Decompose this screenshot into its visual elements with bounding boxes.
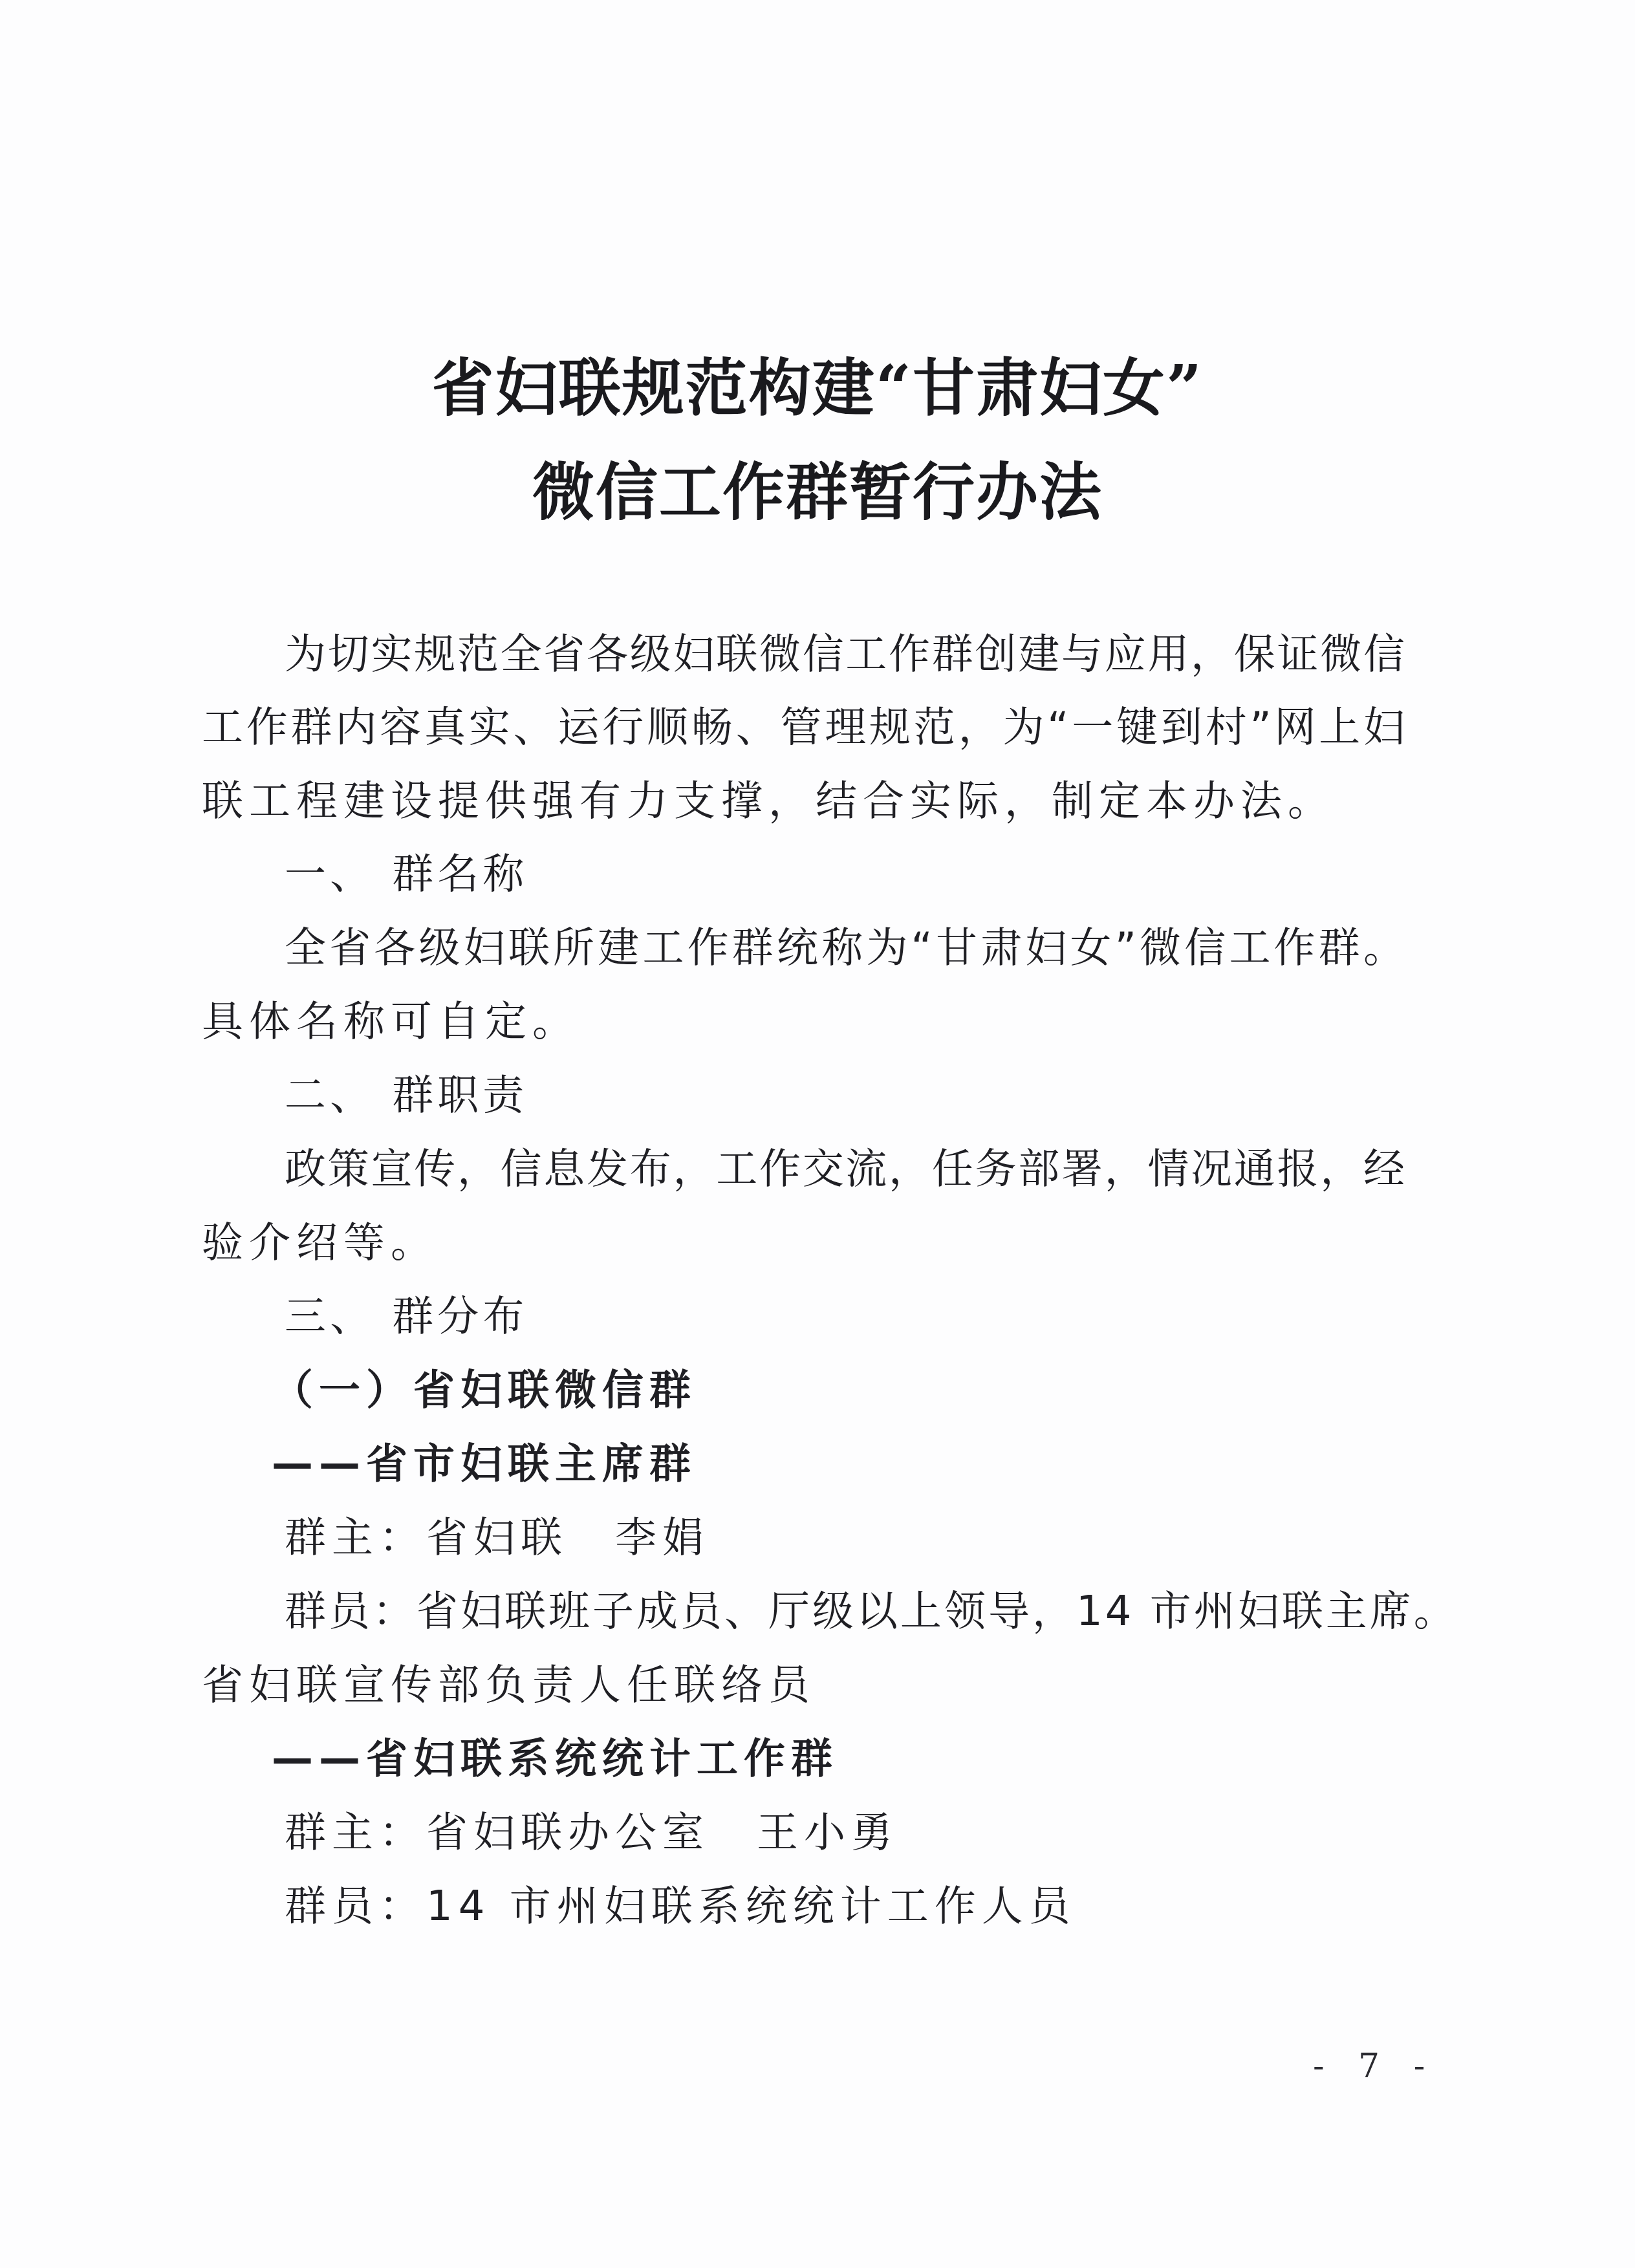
- section-2-line-2: 验介绍等。: [202, 1222, 1405, 1264]
- group-name-chairs: ——省市妇联主席群: [272, 1443, 1475, 1485]
- group-members-chairs-line-2: 省妇联宣传部负责人任联络员: [202, 1665, 1405, 1706]
- section-1-line-1: 全省各级妇联所建工作群统称为“甘肃妇女”微信工作群。: [285, 927, 1405, 969]
- group-members-chairs-line-1: 群员：省妇联班子成员、厅级以上领导，14 市州妇联主席。: [285, 1591, 1488, 1632]
- intro-line-2: 工作群内容真实、运行顺畅、管理规范，为“一键到村”网上妇: [202, 707, 1405, 748]
- section-heading-group-duties: 二、 群职责: [285, 1075, 1488, 1116]
- section-heading-group-distribution: 三、 群分布: [285, 1296, 1488, 1337]
- intro-line-3: 联工程建设提供强有力支撑，结合实际，制定本办法。: [202, 781, 1405, 822]
- section-2-line-1: 政策宣传，信息发布，工作交流，任务部署，情况通报，经: [285, 1149, 1405, 1190]
- page-number: - 7 -: [1313, 2047, 1436, 2086]
- group-name-statistics: ——省妇联系统统计工作群: [272, 1738, 1475, 1780]
- subheading-provincial-groups: （一）省妇联微信群: [272, 1370, 1475, 1411]
- intro-line-1: 为切实规范全省各级妇联微信工作群创建与应用，保证微信: [285, 634, 1405, 675]
- section-heading-group-name: 一、 群名称: [285, 854, 1488, 895]
- group-owner-statistics: 群主：省妇联办公室 王小勇: [285, 1812, 1488, 1853]
- section-1-line-2: 具体名称可自定。: [202, 1001, 1405, 1042]
- group-owner-chairs: 群主：省妇联 李娟: [285, 1517, 1488, 1559]
- document-title-line-1: 省妇联规范构建“甘肃妇女”: [0, 357, 1635, 419]
- document-title-line-2: 微信工作群暂行办法: [0, 461, 1635, 523]
- group-members-statistics: 群员：14 市州妇联系统统计工作人员: [285, 1886, 1488, 1927]
- document-page: 省妇联规范构建“甘肃妇女” 微信工作群暂行办法 为切实规范全省各级妇联微信工作群…: [0, 0, 1635, 2268]
